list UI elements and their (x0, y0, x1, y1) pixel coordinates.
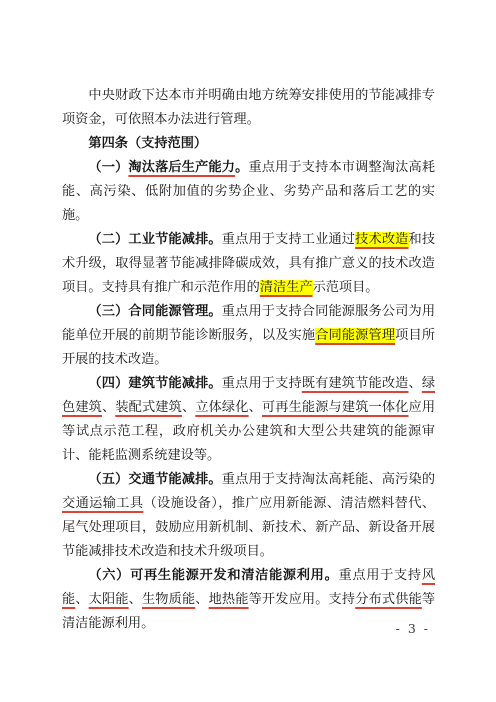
underlined-term: 既有建筑节能改造 (302, 376, 409, 391)
scanned-document-page: 中央财政下达本市并明确由地方统筹安排使用的节能减排专项资金，可依照本办法进行管理… (0, 0, 496, 702)
underlined-term: 可再生能源与建筑一体化 (262, 400, 409, 415)
text-segment: 重点用于支持 (338, 568, 421, 583)
underlined-term: 太阳能 (89, 592, 129, 607)
paragraph: （五）交通节能减排。重点用于支持淘汰高耗能、高污染的交通运输工具（设施设备），推… (62, 468, 435, 564)
text-segment: （四）建筑节能减排。 (88, 376, 221, 391)
text-segment: （三）合同能源管理。 (88, 304, 221, 319)
text-segment: 、 (249, 400, 262, 415)
text-segment: （六）可再生能源开发和清洁能源利用。 (88, 568, 338, 583)
paragraph: （六）可再生能源开发和清洁能源利用。重点用于支持风能、太阳能、生物质能、地热能等… (62, 564, 435, 636)
text-segment: 、 (409, 376, 422, 391)
text-segment: 、 (195, 592, 208, 607)
underlined-term: 立体绿化 (195, 400, 248, 415)
underlined-term: 地热能 (209, 592, 249, 607)
paragraph: （二）工业节能减排。重点用于支持工业通过技术改造和技术升级，取得显著节能减排降碳… (62, 228, 435, 300)
underlined-term: 交通运输工具 (62, 496, 143, 511)
text-segment: 第四条（支持范围） (88, 136, 207, 151)
text-segment: 中央财政下达本市并明确由地方统筹安排使用的节能减排专项资金，可依照本办法进行管理… (62, 88, 435, 127)
paragraph: 中央财政下达本市并明确由地方统筹安排使用的节能减排专项资金，可依照本办法进行管理… (62, 84, 435, 132)
highlighted-term: 技术改造 (355, 232, 408, 247)
underlined-term: 分布式供能 (355, 592, 422, 607)
document-body: 中央财政下达本市并明确由地方统筹安排使用的节能减排专项资金，可依照本办法进行管理… (62, 84, 435, 636)
text-segment: 重点用于支持淘汰高耗能、高污染的 (222, 472, 435, 487)
text-segment: 。 (235, 160, 248, 175)
highlighted-term: 清洁生产 (260, 280, 313, 295)
text-segment: 等开发应用。支持 (249, 592, 356, 607)
text-segment: （二）工业节能减排。 (88, 232, 221, 247)
text-segment: （一） (88, 160, 128, 175)
paragraph: 第四条（支持范围） (62, 132, 435, 156)
paragraph: （四）建筑节能减排。重点用于支持既有建筑节能改造、绿色建筑、装配式建筑、立体绿化… (62, 372, 435, 468)
text-segment: 、 (182, 400, 195, 415)
text-segment: 重点用于支持工业通过 (222, 232, 355, 247)
underlined-term: 生物质能 (142, 592, 195, 607)
paragraph: （三）合同能源管理。重点用于支持合同能源服务公司为用能单位开展的前期节能诊断服务… (62, 300, 435, 372)
page-number: - 3 - (396, 621, 430, 636)
highlighted-term: 合同能源管理 (315, 328, 395, 343)
text-segment: 、 (102, 400, 115, 415)
text-segment: 示范项目。 (313, 280, 379, 295)
text-segment: 、 (75, 592, 88, 607)
text-segment: 、 (129, 592, 142, 607)
text-segment: （五）交通节能减排。 (88, 472, 221, 487)
text-segment: 重点用于支持 (222, 376, 302, 391)
underlined-term: 淘汰落后生产能力 (128, 160, 235, 175)
underlined-term: 装配式建筑 (115, 400, 182, 415)
paragraph: （一）淘汰落后生产能力。重点用于支持本市调整淘汰高耗能、高污染、低附加值的劣势企… (62, 156, 435, 228)
